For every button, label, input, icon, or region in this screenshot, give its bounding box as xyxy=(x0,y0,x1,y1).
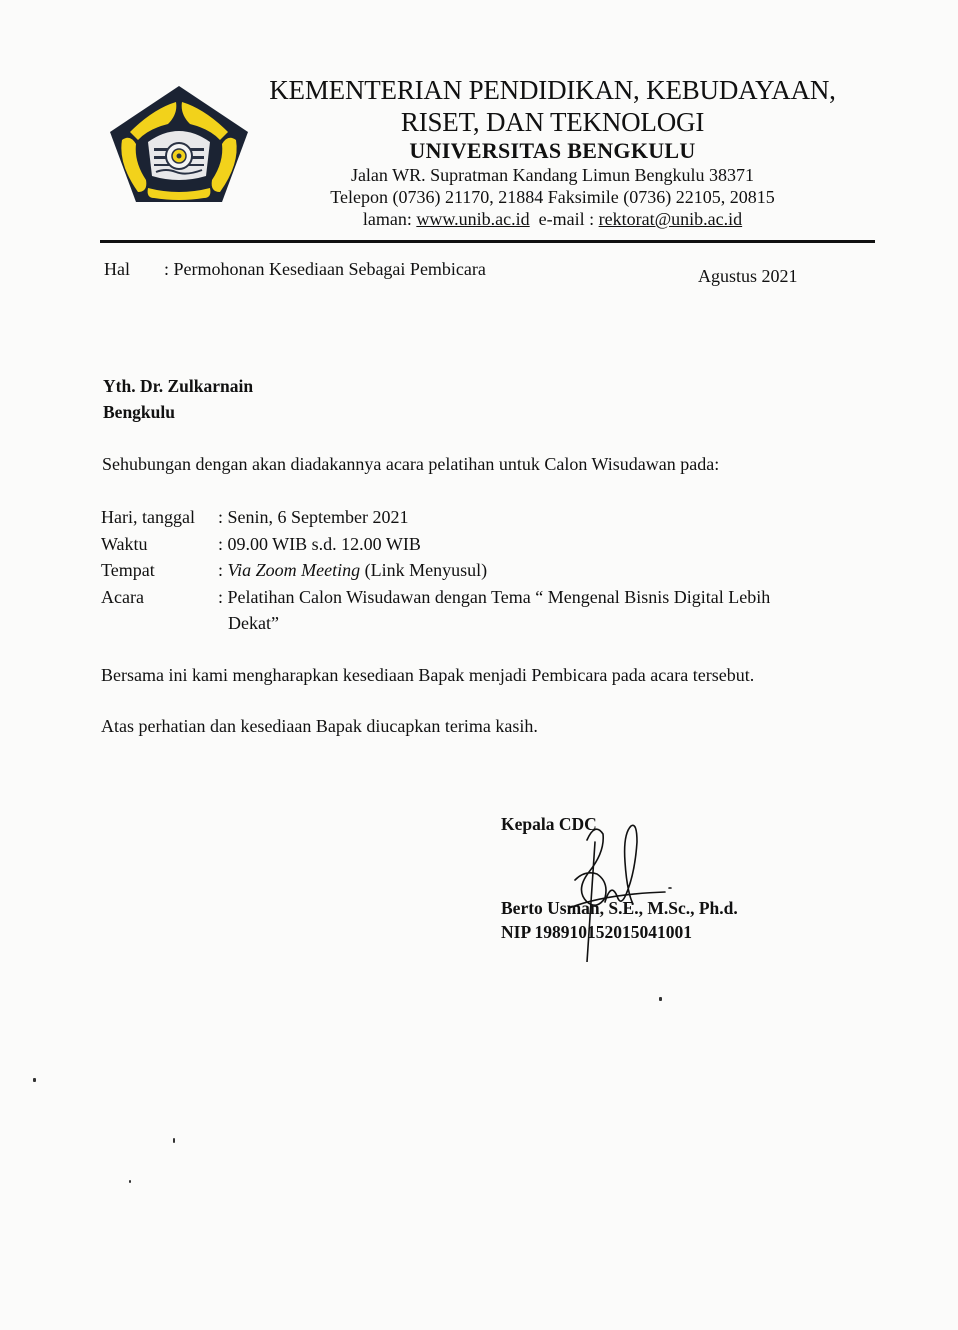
handwritten-signature-icon xyxy=(565,812,675,962)
subject-line: Hal: Permohonan Kesediaan Sebagai Pembic… xyxy=(104,259,486,280)
intro-paragraph: Sehubungan dengan akan diadakannya acara… xyxy=(102,454,719,475)
detail-label: Acara xyxy=(101,584,218,637)
detail-row-date: Hari, tanggal : Senin, 6 September 2021 xyxy=(101,504,838,531)
university-logo-icon xyxy=(108,84,250,204)
detail-value: : 09.00 WIB s.d. 12.00 WIB xyxy=(218,531,838,558)
university-contact: laman: www.unib.ac.id e-mail : rektorat@… xyxy=(255,208,850,230)
website-link[interactable]: www.unib.ac.id xyxy=(416,209,529,229)
website-label: laman: xyxy=(363,209,412,229)
detail-value-italic: Via Zoom Meeting xyxy=(228,560,361,580)
subject-label: Hal xyxy=(104,259,164,280)
detail-value: : Via Zoom Meeting (Link Menyusul) xyxy=(218,557,838,584)
request-paragraph: Bersama ini kami mengharapkan kesediaan … xyxy=(101,665,754,686)
detail-row-event: Acara : Pelatihan Calon Wisudawan dengan… xyxy=(101,584,838,637)
email-label: e-mail : xyxy=(539,209,594,229)
letterhead-divider xyxy=(100,240,875,243)
university-address: Jalan WR. Supratman Kandang Limun Bengku… xyxy=(255,164,850,186)
scan-speck xyxy=(33,1078,36,1082)
addressee-name: Yth. Dr. Zulkarnain xyxy=(103,373,253,399)
detail-label: Hari, tanggal xyxy=(101,504,218,531)
event-details: Hari, tanggal : Senin, 6 September 2021 … xyxy=(101,504,838,637)
detail-label: Tempat xyxy=(101,557,218,584)
scan-speck xyxy=(659,997,662,1001)
detail-value-suffix: (Link Menyusul) xyxy=(360,560,487,580)
letter-page: KEMENTERIAN PENDIDIKAN, KEBUDAYAAN, RISE… xyxy=(0,0,958,1330)
addressee: Yth. Dr. Zulkarnain Bengkulu xyxy=(103,373,253,425)
detail-row-place: Tempat : Via Zoom Meeting (Link Menyusul… xyxy=(101,557,838,584)
university-phone-fax: Telepon (0736) 21170, 21884 Faksimile (0… xyxy=(255,186,850,208)
detail-value: : Pelatihan Calon Wisudawan dengan Tema … xyxy=(218,584,838,637)
addressee-city: Bengkulu xyxy=(103,399,253,425)
detail-value-line1: : Pelatihan Calon Wisudawan dengan Tema … xyxy=(218,584,838,611)
detail-value-line2: Dekat” xyxy=(218,610,838,637)
scan-speck xyxy=(129,1180,131,1183)
subject-value: : Permohonan Kesediaan Sebagai Pembicara xyxy=(164,259,486,279)
detail-label: Waktu xyxy=(101,531,218,558)
ministry-name-line2: RISET, DAN TEKNOLOGI xyxy=(255,106,850,138)
scan-speck xyxy=(173,1138,175,1143)
email-link[interactable]: rektorat@unib.ac.id xyxy=(599,209,743,229)
detail-value: : Senin, 6 September 2021 xyxy=(218,504,838,531)
letterhead: KEMENTERIAN PENDIDIKAN, KEBUDAYAAN, RISE… xyxy=(255,74,850,230)
university-name: UNIVERSITAS BENGKULU xyxy=(255,138,850,164)
detail-value-prefix: : xyxy=(218,560,228,580)
closing-paragraph: Atas perhatian dan kesediaan Bapak diuca… xyxy=(101,716,538,737)
letter-date: Agustus 2021 xyxy=(698,266,798,287)
ministry-name-line1: KEMENTERIAN PENDIDIKAN, KEBUDAYAAN, xyxy=(255,74,850,106)
detail-row-time: Waktu : 09.00 WIB s.d. 12.00 WIB xyxy=(101,531,838,558)
